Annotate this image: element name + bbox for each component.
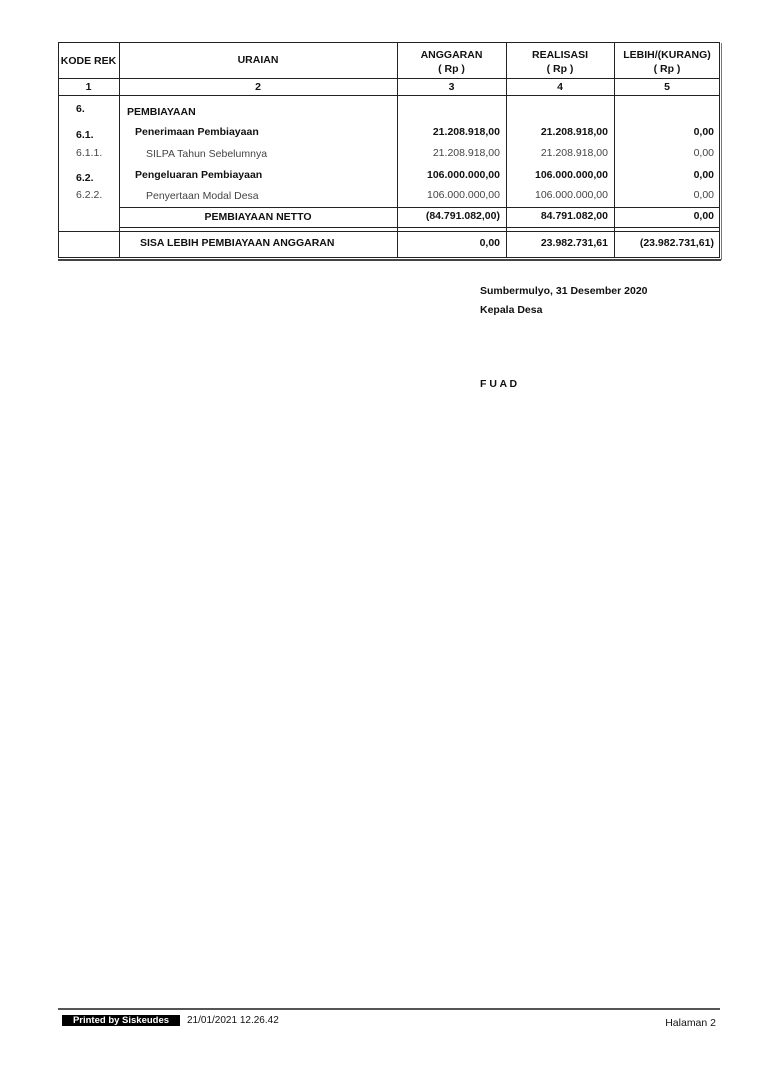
signature-title: Kepala Desa	[480, 304, 542, 316]
netto-label: PEMBIAYAAN NETTO	[119, 211, 397, 223]
sisa-label: SISA LEBIH PEMBIAYAAN ANGGARAN	[140, 237, 334, 249]
print-timestamp: 21/01/2021 12.26.42	[187, 1015, 279, 1027]
header-divider	[58, 78, 720, 79]
netto-divider	[119, 227, 720, 228]
column-number: 5	[614, 81, 720, 93]
row-lebih: 0,00	[614, 147, 714, 159]
row-realisasi: 21.208.918,00	[506, 126, 608, 138]
row-anggaran: 106.000.000,00	[397, 169, 500, 181]
header-realisasi-unit: ( Rp )	[506, 63, 614, 75]
footer-divider	[58, 1008, 720, 1010]
row-uraian: Penerimaan Pembiayaan	[135, 126, 259, 138]
row-kode: 6.1.	[76, 129, 94, 141]
signature-name: F U A D	[480, 378, 517, 390]
sisa-lebih: (23.982.731,61)	[614, 237, 714, 249]
sisa-anggaran: 0,00	[397, 237, 500, 249]
header-lebih-kurang: LEBIH/(KURANG)	[614, 49, 720, 61]
sisa-realisasi: 23.982.731,61	[506, 237, 608, 249]
row-realisasi: 21.208.918,00	[506, 147, 608, 159]
column-number: 1	[58, 81, 119, 93]
netto-anggaran: (84.791.082,00)	[397, 210, 500, 222]
col-divider	[119, 42, 120, 258]
row-uraian: SILPA Tahun Sebelumnya	[146, 148, 267, 160]
header-uraian: URAIAN	[119, 54, 397, 66]
row-kode: 6.2.2.	[76, 189, 102, 201]
row-lebih: 0,00	[614, 169, 714, 181]
row-anggaran: 21.208.918,00	[397, 147, 500, 159]
row-kode: 6.	[76, 103, 85, 115]
column-number: 2	[119, 81, 397, 93]
row-uraian: PEMBIAYAAN	[127, 106, 196, 118]
header-realisasi: REALISASI	[506, 49, 614, 61]
row-kode: 6.1.1.	[76, 147, 102, 159]
row-anggaran: 106.000.000,00	[397, 189, 500, 201]
row-kode: 6.2.	[76, 172, 94, 184]
header-divider	[58, 95, 720, 96]
netto-divider	[119, 207, 720, 208]
netto-realisasi: 84.791.082,00	[506, 210, 608, 222]
page-number: Halaman 2	[600, 1017, 716, 1029]
sisa-divider	[58, 231, 720, 232]
row-uraian: Pengeluaran Pembiayaan	[135, 169, 262, 181]
printed-by-badge: Printed by Siskeudes	[62, 1015, 180, 1026]
table-right-shadow	[721, 43, 722, 260]
row-lebih: 0,00	[614, 126, 714, 138]
row-uraian: Penyertaan Modal Desa	[146, 190, 259, 202]
header-anggaran-unit: ( Rp )	[397, 63, 506, 75]
row-realisasi: 106.000.000,00	[506, 169, 608, 181]
row-lebih: 0,00	[614, 189, 714, 201]
header-anggaran: ANGGARAN	[397, 49, 506, 61]
header-lebih-kurang-unit: ( Rp )	[614, 63, 720, 75]
table-bottom	[58, 259, 721, 261]
signature-place-date: Sumbermulyo, 31 Desember 2020	[480, 285, 648, 297]
netto-lebih: 0,00	[614, 210, 714, 222]
row-realisasi: 106.000.000,00	[506, 189, 608, 201]
column-number: 3	[397, 81, 506, 93]
column-number: 4	[506, 81, 614, 93]
row-anggaran: 21.208.918,00	[397, 126, 500, 138]
header-kode-rek: KODE REK	[58, 55, 119, 67]
